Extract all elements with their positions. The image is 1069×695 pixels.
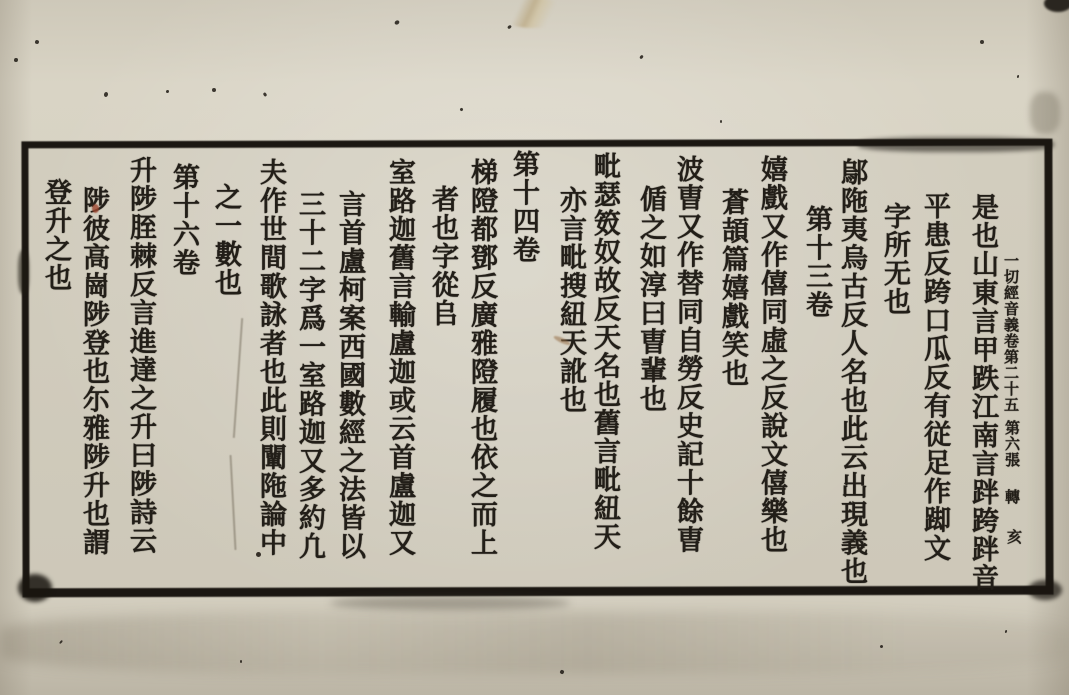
gray-streak-right xyxy=(1030,92,1060,134)
text-column: 蒼頡篇嬉戲笑也 xyxy=(713,188,752,388)
bottom-stain-band xyxy=(0,612,1069,674)
manuscript-scan: 一切經音義卷第二十五第六張轉亥是也山東言甲跌江南言跘跨跘音平患反跨口瓜反有従足作… xyxy=(0,0,1069,695)
text-column: 是也山東言甲跌江南言跘跨跘音 xyxy=(963,193,1002,592)
ink-speck xyxy=(507,25,512,30)
ink-speck xyxy=(103,92,108,98)
text-column: 波曺又作替同自勞反史記十餘曺 xyxy=(668,155,707,554)
margin-note-column: 轉 xyxy=(1002,489,1023,505)
frame-smudge-top xyxy=(858,137,1054,152)
text-column: 者也字從𠂤 xyxy=(423,185,462,328)
text-column: 嬉戲又作僖同虛之反說文僖樂也 xyxy=(752,155,791,554)
ink-speck xyxy=(212,88,216,92)
ink-blotch-bottom-left xyxy=(18,574,52,602)
ink-speck xyxy=(1017,75,1020,78)
margin-note-column: 亥 xyxy=(1004,529,1025,545)
ink-blotch-bottom-right xyxy=(1028,580,1062,600)
text-column: 言首盧柯案西國數經之法皆以 xyxy=(330,190,369,561)
text-column: 鄔陁夷烏古反人名也此云出現義也 xyxy=(832,158,871,586)
text-column: 平患反跨口瓜反有従足作踋文 xyxy=(915,192,954,563)
frame-smear-left xyxy=(18,250,29,294)
margin-note-column: 一切經音義卷第二十五 xyxy=(1001,253,1022,413)
text-column: 偱之如淳曰曺輩也 xyxy=(631,185,670,413)
ink-speck xyxy=(14,58,19,63)
text-column: 字所无也 xyxy=(875,202,914,316)
ink-speck xyxy=(263,92,268,97)
red-age-spot xyxy=(92,204,99,213)
paper-crease xyxy=(498,0,568,28)
ink-speck xyxy=(240,660,242,663)
text-column: 第十六卷 xyxy=(164,163,203,277)
ink-speck xyxy=(639,55,644,60)
margin-note-column: 第六張 xyxy=(1002,420,1023,468)
text-column: 之一數也 xyxy=(206,183,245,297)
ink-speck xyxy=(459,107,463,111)
text-column: 毗瑟笯奴故反天名也舊言毗紐天 xyxy=(585,152,624,551)
ink-speck xyxy=(166,90,170,94)
bottom-frame-smear xyxy=(330,596,570,610)
ink-speck xyxy=(980,40,984,44)
ink-speck xyxy=(394,19,400,25)
text-column: 亦言毗搜紐天訛也 xyxy=(551,186,590,414)
ink-blotch-top-right xyxy=(1044,0,1069,12)
text-column: 梯隥都鄧反廣雅隥履也依之而上 xyxy=(462,158,501,557)
text-column: 升陟胵棘反言進達之升曰陟詩云 xyxy=(121,156,160,555)
text-column: 陟彼高崗陟登也尓雅陟升也謂 xyxy=(74,186,113,557)
ink-speck xyxy=(35,40,40,45)
ink-dot xyxy=(256,552,261,557)
text-column: 三十二字爲一室路迦又多約凢 xyxy=(290,190,329,561)
text-column: 第十四卷 xyxy=(504,150,543,264)
text-column: 第十三卷 xyxy=(797,205,836,319)
ink-speck xyxy=(720,120,722,123)
text-column: 登升之也 xyxy=(36,178,75,292)
text-column: 室路迦舊言輸盧迦或云首盧迦又 xyxy=(380,158,419,557)
text-column: 夫作世間歌詠者也此則闡陁論中 xyxy=(251,158,290,557)
